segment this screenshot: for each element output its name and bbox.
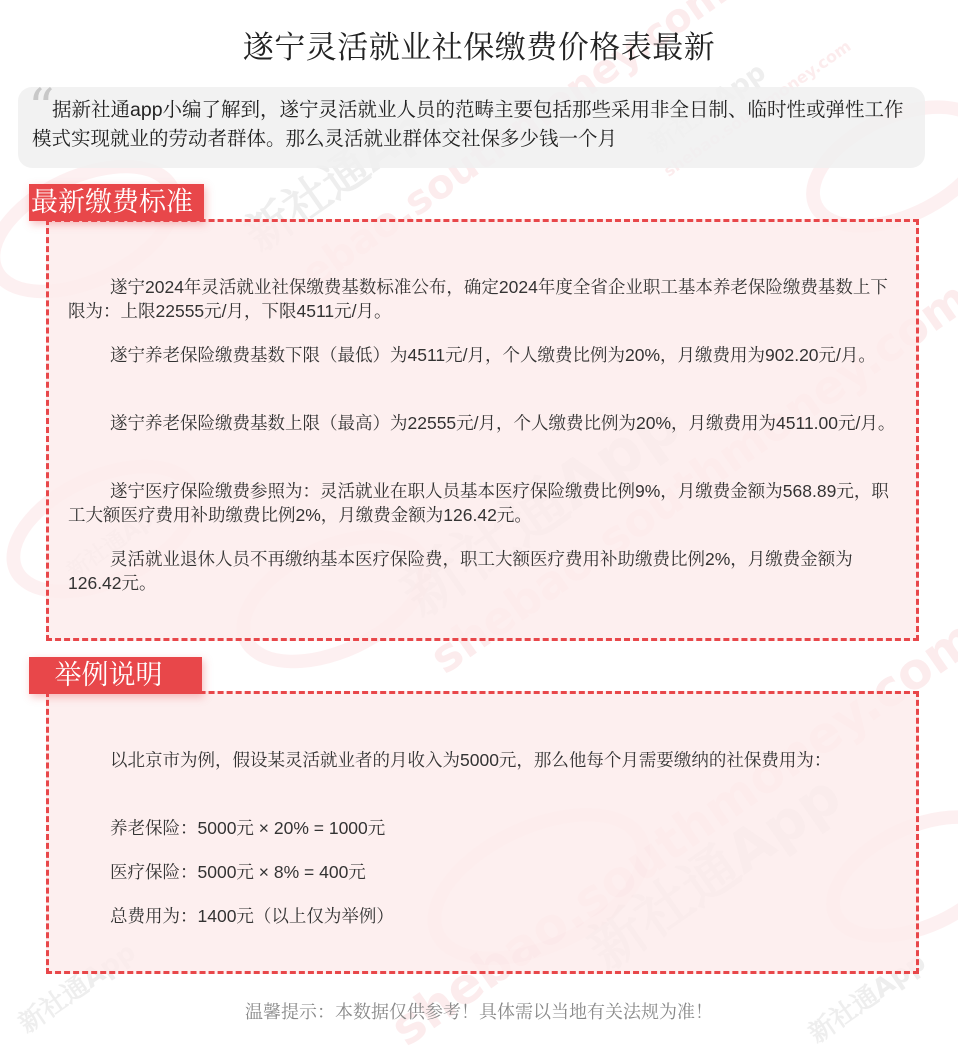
paragraph: 医疗保险：5000元 × 8% = 400元 [68,860,900,884]
footer-notice: 温馨提示：本数据仅供参考！具体需以当地有关法规为准！ [0,998,958,1024]
section-label-standards: 最新缴费标准 [29,184,204,221]
paragraph: 以北京市为例，假设某灵活就业者的月收入为5000元，那么他每个月需要缴纳的社保费… [68,748,900,772]
paragraph: 遂宁养老保险缴费基数上限（最高）为22555元/月，个人缴费比例为20%，月缴费… [68,411,900,435]
intro-text: 据新社通app小编了解到，遂宁灵活就业人员的范畴主要包括那些采用非全日制、临时性… [32,96,918,154]
intro-box: “ 据新社通app小编了解到，遂宁灵活就业人员的范畴主要包括那些采用非全日制、临… [18,87,925,168]
paragraph: 总费用为：1400元（以上仅为举例） [68,904,900,928]
section-box-example: 以北京市为例，假设某灵活就业者的月收入为5000元，那么他每个月需要缴纳的社保费… [46,691,919,974]
paragraph: 遂宁养老保险缴费基数下限（最低）为4511元/月，个人缴费比例为20%，月缴费用… [68,343,900,367]
section-label-example: 举例说明 [29,657,202,694]
paragraph: 遂宁医疗保险缴费参照为：灵活就业在职人员基本医疗保险缴费比例9%，月缴费金额为5… [68,479,900,527]
page-title: 遂宁灵活就业社保缴费价格表最新 [0,22,958,67]
paragraph: 灵活就业退休人员不再缴纳基本医疗保险费，职工大额医疗费用补助缴费比例2%，月缴费… [68,547,900,595]
paragraph: 养老保险：5000元 × 20% = 1000元 [68,816,900,840]
section-box-standards: 遂宁2024年灵活就业社保缴费基数标准公布，确定2024年度全省企业职工基本养老… [46,219,919,641]
paragraph: 遂宁2024年灵活就业社保缴费基数标准公布，确定2024年度全省企业职工基本养老… [68,275,900,323]
